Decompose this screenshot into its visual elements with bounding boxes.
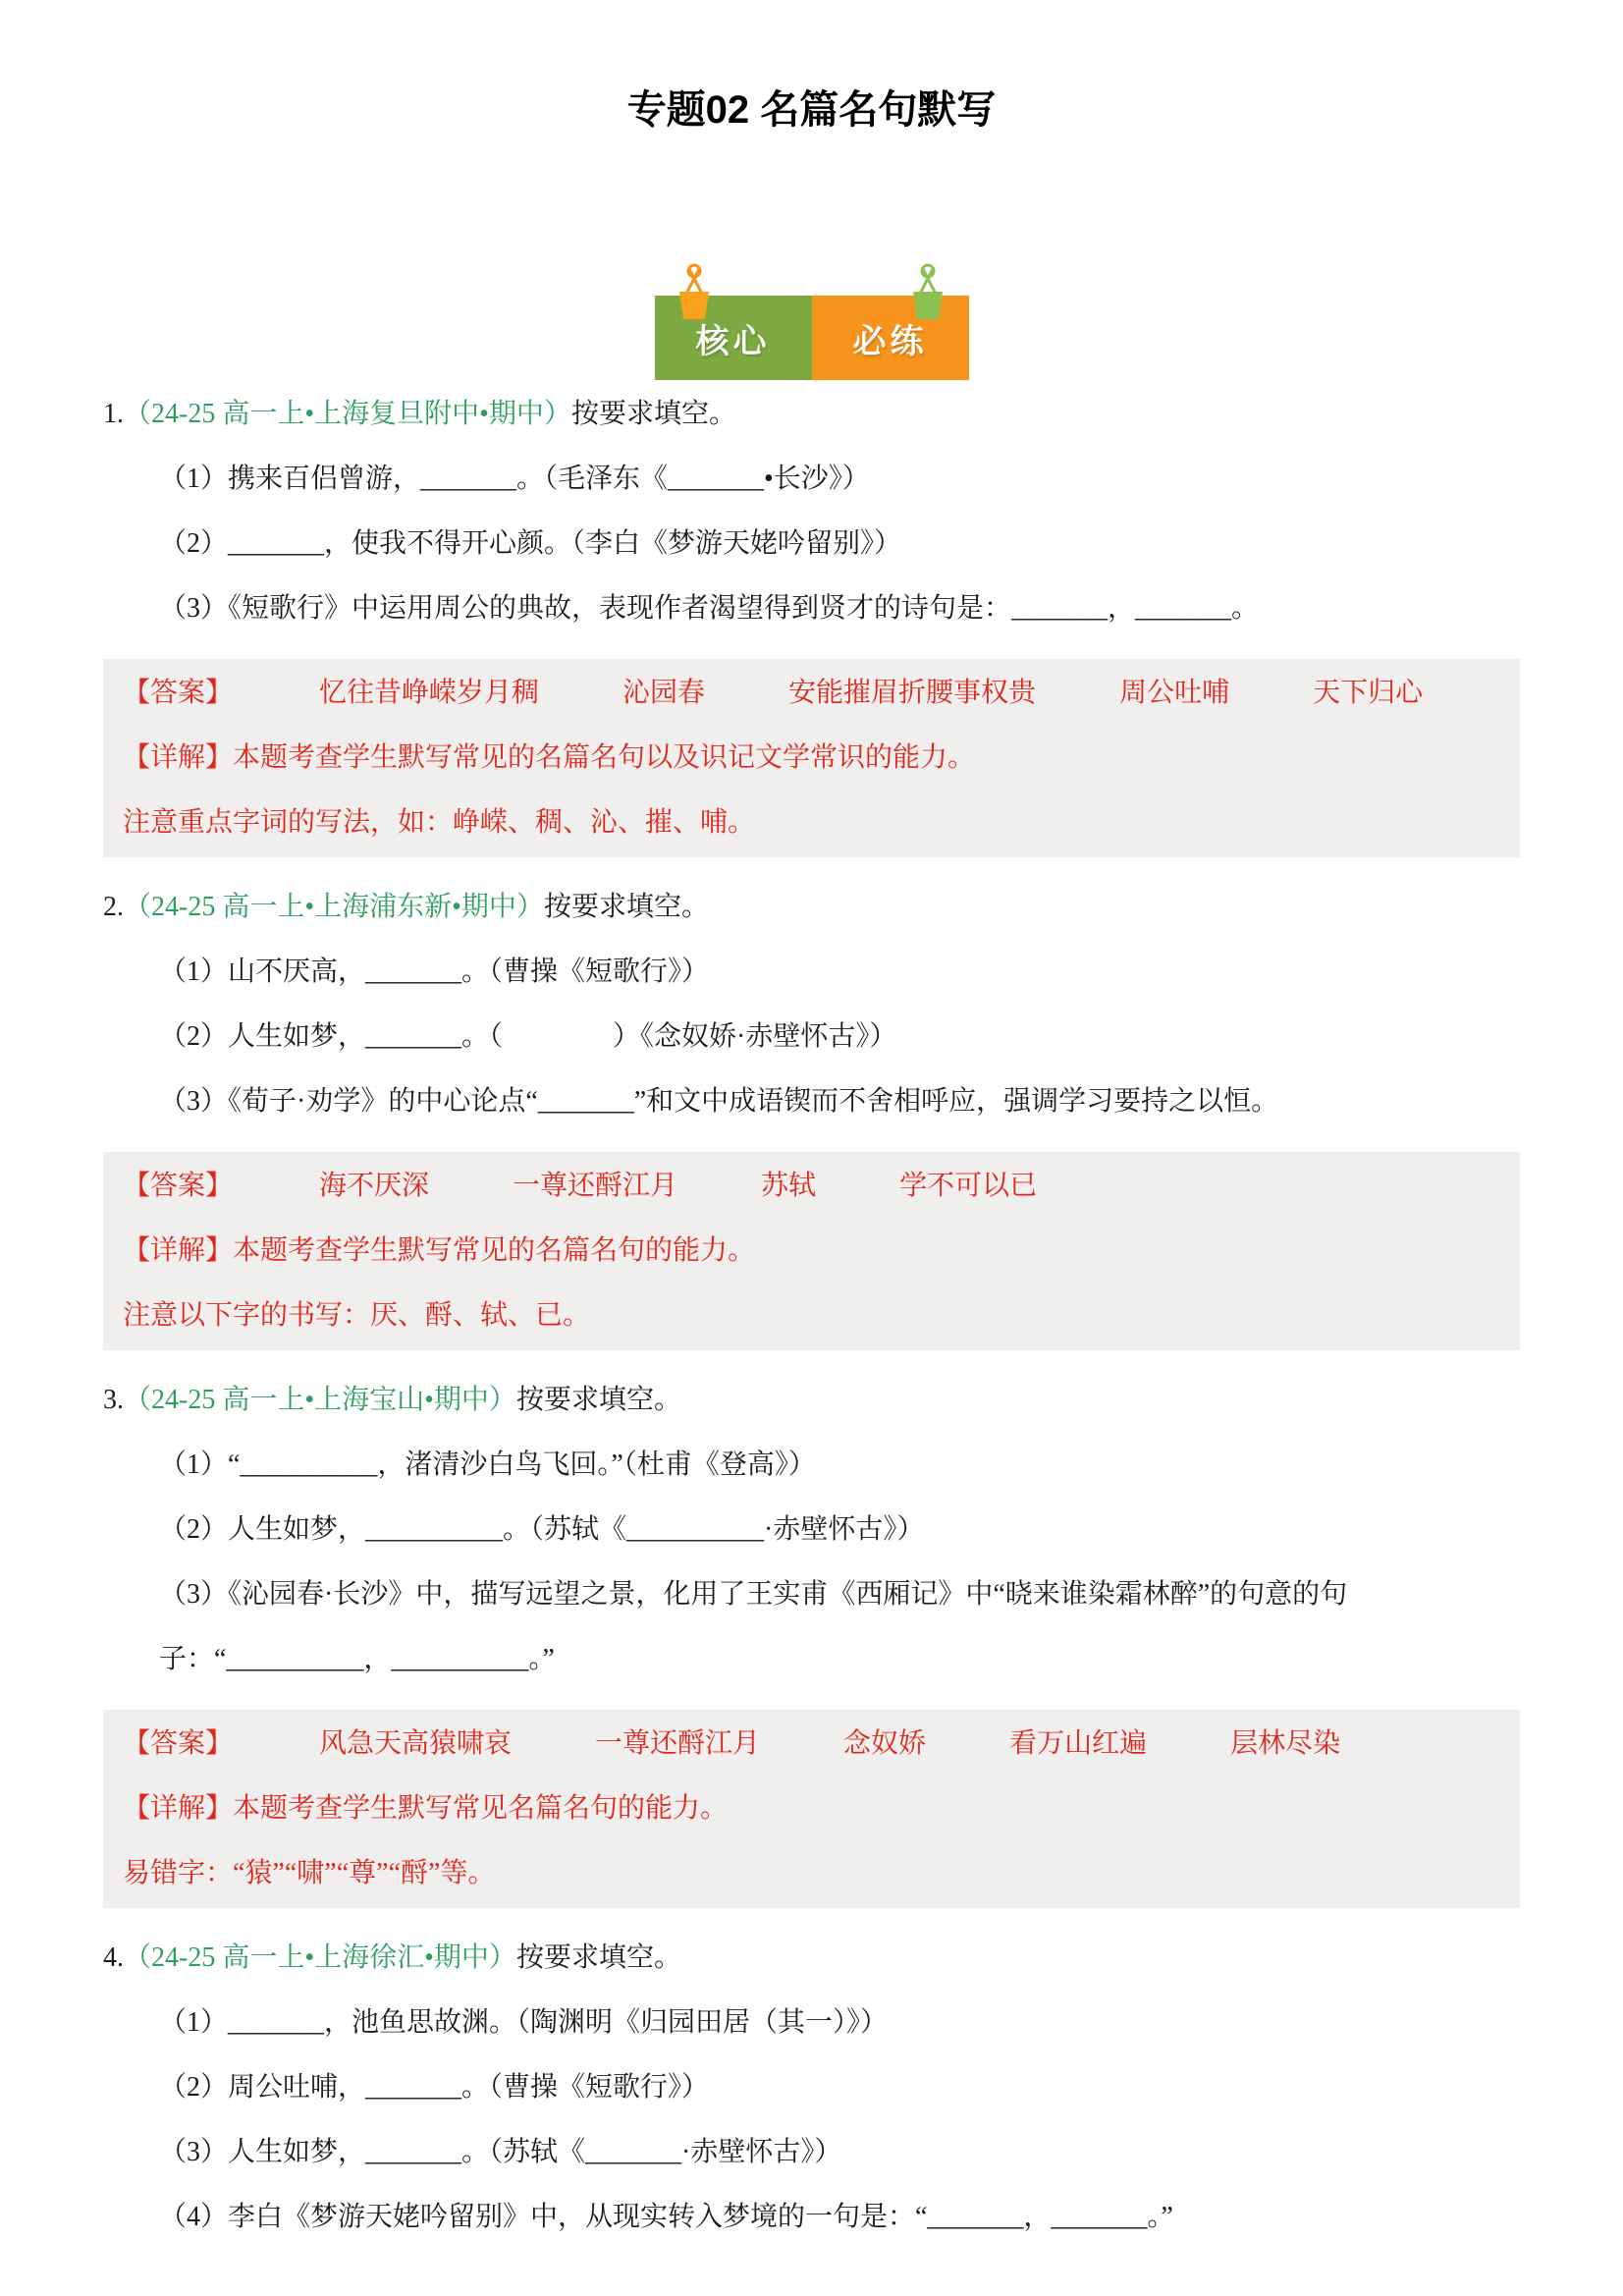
document-page: 专题02 名篇名句默写 核心 必练 1.（24-25 高一上•上海复旦附中•期中… [0, 0, 1623, 2296]
answer-block-2: 【答案】海不厌深一尊还酹江月苏轼学不可以已 【详解】本题考查学生默写常见的名篇名… [103, 1152, 1520, 1350]
question-prompt: 按要求填空。 [544, 892, 709, 922]
question-item: （1）_______，池鱼思故渊。（陶渊明《归园田居（其一）》） [159, 1991, 1520, 2055]
question-source: （24-25 高一上•上海宝山•期中） [124, 1385, 516, 1415]
question-heading: 2.（24-25 高一上•上海浦东新•期中）按要求填空。 [103, 875, 1520, 940]
detail-label: 【详解】 [123, 1793, 233, 1824]
question-prompt: 按要求填空。 [516, 1942, 681, 1973]
detail-label: 【详解】 [123, 742, 233, 773]
answer-item: 安能摧眉折腰事权贵 [788, 678, 1036, 708]
answer-item: 念奴娇 [843, 1728, 926, 1759]
answer-label: 【答案】 [123, 1171, 233, 1201]
answer-item: 海不厌深 [319, 1171, 429, 1201]
question-item: （2）人生如梦，_______。（ ）《念奴娇·赤壁怀古》） [159, 1005, 1520, 1069]
detail-label: 【详解】 [123, 1235, 233, 1266]
question-3: 3.（24-25 高一上•上海宝山•期中）按要求填空。 （1）“________… [103, 1368, 1520, 1908]
question-item: （4）李白《梦游天姥吟留别》中，从现实转入梦境的一句是：“_______，___… [159, 2185, 1520, 2250]
answer-item: 层林尽染 [1230, 1728, 1340, 1759]
answer-item: 忆往昔峥嵘岁月稠 [319, 678, 539, 708]
answer-item: 学不可以已 [899, 1171, 1037, 1201]
page-title: 专题02 名篇名句默写 [103, 86, 1520, 134]
question-4: 4.（24-25 高一上•上海徐汇•期中）按要求填空。 （1）_______，池… [103, 1926, 1520, 2250]
answer-label: 【答案】 [123, 678, 233, 708]
answer-item: 风急天高猿啸哀 [319, 1728, 512, 1759]
detail-text: 本题考查学生默写常见的名篇名句的能力。 [233, 1235, 755, 1266]
document-content: 1.（24-25 高一上•上海复旦附中•期中）按要求填空。 （1）携来百侣曾游，… [103, 382, 1520, 2250]
answer-block-3: 【答案】风急天高猿啸哀一尊还酹江月念奴娇看万山红遍层林尽染 【详解】本题考查学生… [103, 1710, 1520, 1908]
question-1: 1.（24-25 高一上•上海复旦附中•期中）按要求填空。 （1）携来百侣曾游，… [103, 382, 1520, 857]
question-source: （24-25 高一上•上海徐汇•期中） [124, 1942, 516, 1973]
answer-item: 周公吐哺 [1119, 678, 1229, 708]
question-source: （24-25 高一上•上海浦东新•期中） [124, 892, 544, 922]
question-heading: 3.（24-25 高一上•上海宝山•期中）按要求填空。 [103, 1368, 1520, 1433]
question-number: 2. [103, 892, 124, 922]
note-text: 注意重点字词的写法，如：峥嵘、稠、沁、摧、哺。 [123, 791, 1500, 855]
question-item: （2）人生如梦，__________。（苏轼《__________·赤壁怀古》） [159, 1498, 1520, 1562]
detail-text: 本题考查学生默写常见名篇名句的能力。 [233, 1793, 728, 1824]
answer-block-1: 【答案】忆往昔峥嵘岁月稠沁园春安能摧眉折腰事权贵周公吐哺天下归心 【详解】本题考… [103, 659, 1520, 857]
answer-item: 一尊还酹江月 [513, 1171, 677, 1201]
answer-line: 【答案】风急天高猿啸哀一尊还酹江月念奴娇看万山红遍层林尽染 [123, 1712, 1500, 1777]
question-item: （1）携来百侣曾游，_______。（毛泽东《_______•长沙》） [159, 447, 1520, 512]
detail-line: 【详解】本题考查学生默写常见名篇名句的能力。 [123, 1777, 1500, 1841]
question-source: （24-25 高一上•上海复旦附中•期中） [124, 399, 571, 429]
question-2: 2.（24-25 高一上•上海浦东新•期中）按要求填空。 （1）山不厌高，___… [103, 875, 1520, 1350]
question-item: （3）《沁园春·长沙》中，描写远望之景，化用了王实甫《西厢记》中“晓来谁染霜林醉… [159, 1562, 1520, 1692]
question-prompt: 按要求填空。 [571, 399, 736, 429]
question-number: 1. [103, 399, 124, 429]
binder-clip-icon [673, 262, 716, 323]
detail-line: 【详解】本题考查学生默写常见的名篇名句的能力。 [123, 1219, 1500, 1284]
answer-label: 【答案】 [123, 1728, 233, 1759]
answer-item: 苏轼 [761, 1171, 816, 1201]
question-heading: 1.（24-25 高一上•上海复旦附中•期中）按要求填空。 [103, 382, 1520, 447]
detail-line: 【详解】本题考查学生默写常见的名篇名句以及识记文学常识的能力。 [123, 726, 1500, 791]
answer-item: 一尊还酹江月 [595, 1728, 760, 1759]
question-number: 4. [103, 1942, 124, 1973]
note-text: 易错字：“猿”“啸”“尊”“酹”等。 [123, 1841, 1500, 1906]
question-number: 3. [103, 1385, 124, 1415]
answer-item: 看万山红遍 [1009, 1728, 1147, 1759]
question-item: （3）《短歌行》中运用周公的典故，表现作者渴望得到贤才的诗句是：_______，… [159, 576, 1520, 641]
question-prompt: 按要求填空。 [516, 1385, 681, 1415]
question-item: （1）山不厌高，_______。（曹操《短歌行》） [159, 940, 1520, 1005]
answer-item: 沁园春 [622, 678, 705, 708]
question-item: （3）《荀子·劝学》的中心论点“_______”和文中成语锲而不舍相呼应，强调学… [159, 1069, 1520, 1134]
answer-line: 【答案】忆往昔峥嵘岁月稠沁园春安能摧眉折腰事权贵周公吐哺天下归心 [123, 661, 1500, 726]
note-text: 注意以下字的书写：厌、酹、轼、已。 [123, 1284, 1500, 1348]
detail-text: 本题考查学生默写常见的名篇名句以及识记文学常识的能力。 [233, 742, 975, 773]
answer-item: 天下归心 [1313, 678, 1423, 708]
question-item: （3）人生如梦，_______。（苏轼《_______·赤壁怀古》） [159, 2120, 1520, 2185]
answer-line: 【答案】海不厌深一尊还酹江月苏轼学不可以已 [123, 1154, 1500, 1219]
question-heading: 4.（24-25 高一上•上海徐汇•期中）按要求填空。 [103, 1926, 1520, 1991]
core-practice-banner: 核心 必练 [655, 296, 969, 380]
question-item: （2）_______，使我不得开心颜。（李白《梦游天姥吟留别》） [159, 512, 1520, 576]
binder-clip-icon [906, 262, 949, 323]
question-item: （2）周公吐哺，_______。（曹操《短歌行》） [159, 2055, 1520, 2120]
question-item: （1）“__________，渚清沙白鸟飞回。”（杜甫《登高》） [159, 1433, 1520, 1498]
